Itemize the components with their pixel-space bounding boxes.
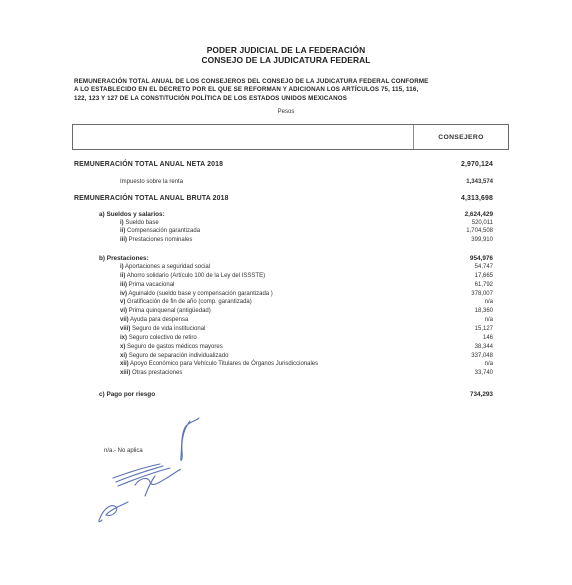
signature-strokes bbox=[99, 418, 199, 522]
signature-initials bbox=[0, 0, 572, 585]
